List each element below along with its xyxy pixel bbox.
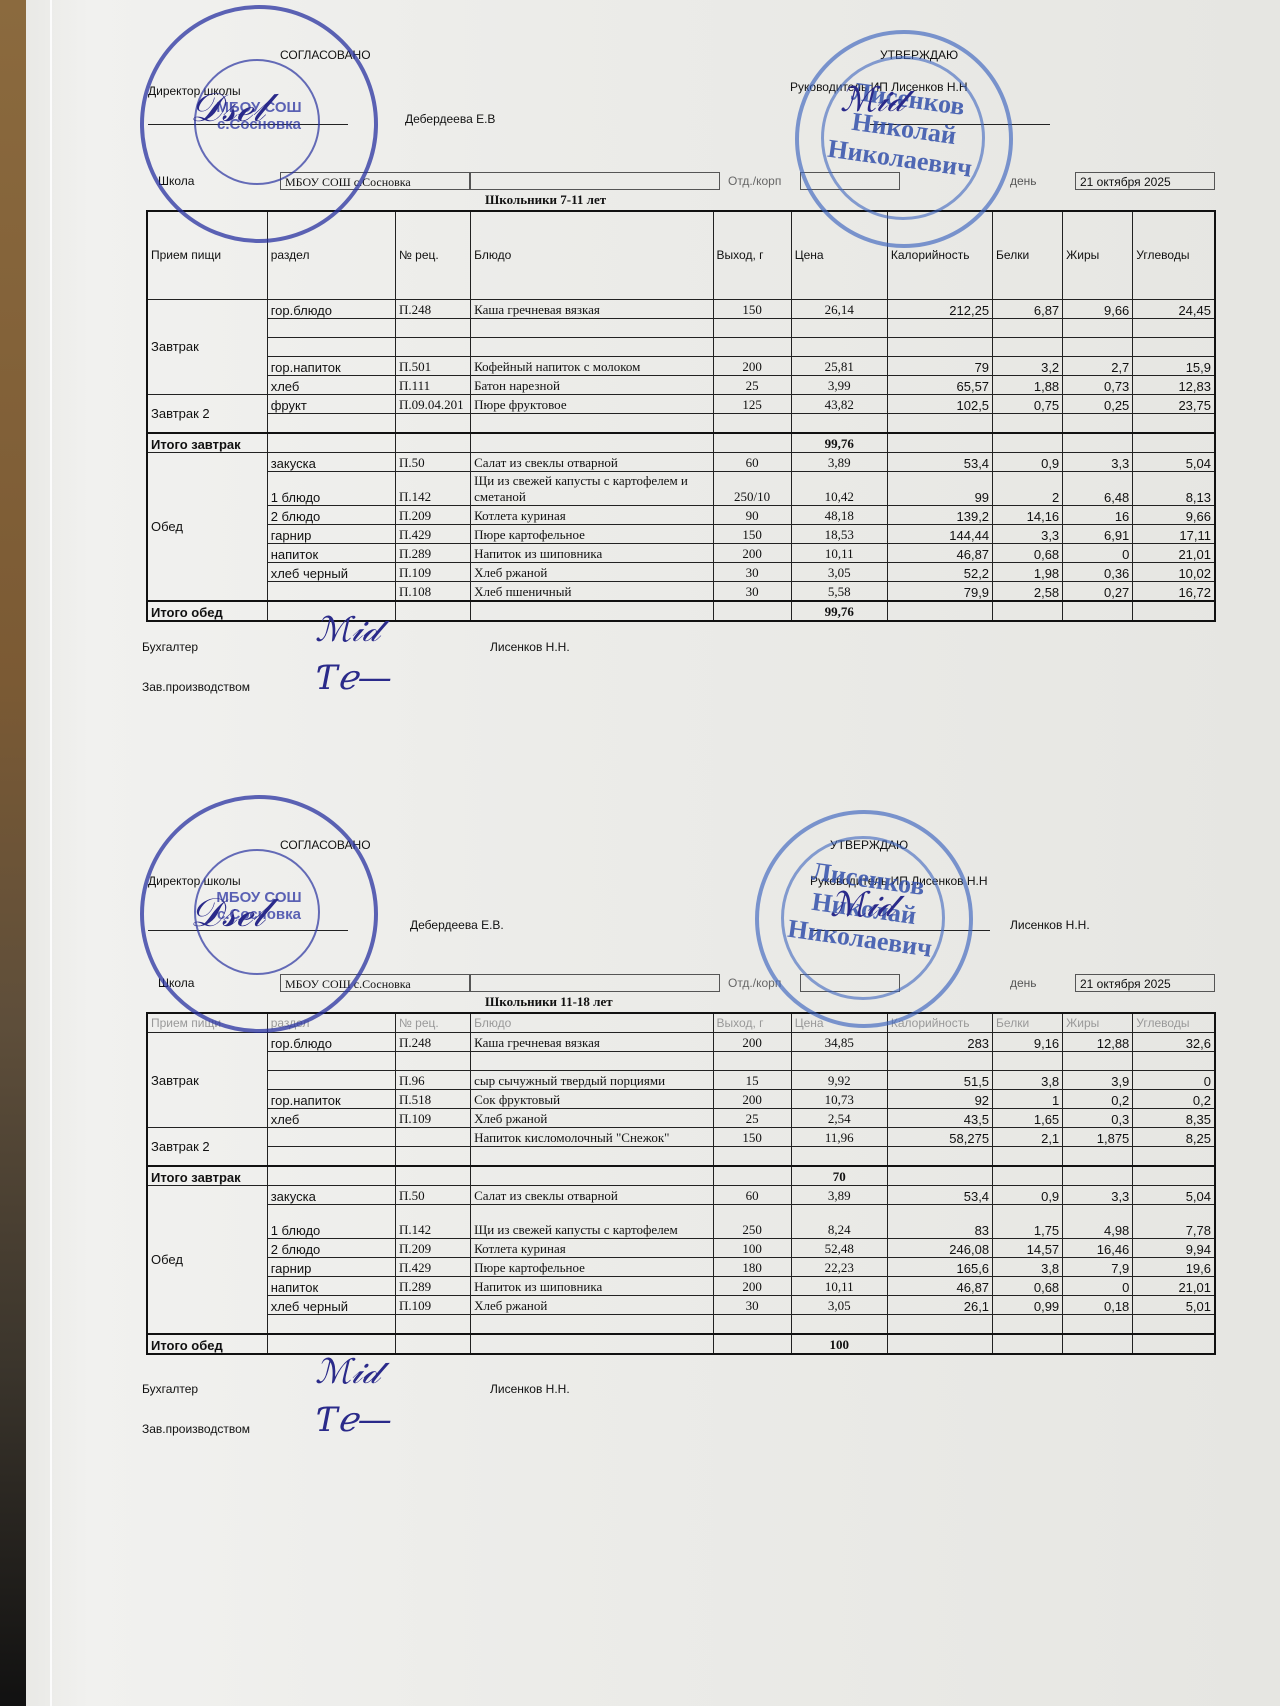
cell: 9,16 xyxy=(993,1033,1063,1052)
cell: Хлеб ржаной xyxy=(471,1296,713,1315)
meal-name: Завтрак xyxy=(147,299,267,394)
cell: хлеб черный xyxy=(267,562,395,581)
cell: 43,82 xyxy=(791,394,887,413)
cell: Салат из свеклы отварной xyxy=(471,1186,713,1205)
cell: 83 xyxy=(887,1205,992,1239)
cell: 12,83 xyxy=(1133,375,1215,394)
cell: 52,48 xyxy=(791,1239,887,1258)
cell: Кофейный напиток с молоком xyxy=(471,356,713,375)
cell xyxy=(887,337,992,356)
total-price: 100 xyxy=(791,1334,887,1354)
cell: 30 xyxy=(713,581,791,601)
cell: П.50 xyxy=(395,1186,470,1205)
school-field[interactable]: МБОУ СОШ с.Сосновка xyxy=(280,974,470,992)
cell: 3,99 xyxy=(791,375,887,394)
cell: 16 xyxy=(1063,505,1133,524)
cell: П.209 xyxy=(395,505,470,524)
approval-right-title: УТВЕРЖДАЮ xyxy=(830,838,908,852)
cell: 150 xyxy=(713,1128,791,1147)
cell: П.09.04.201 xyxy=(395,394,470,413)
total-price: 99,76 xyxy=(791,601,887,621)
cell: П.50 xyxy=(395,452,470,471)
lunch_total-row: Итого обед100 xyxy=(147,1334,1215,1354)
cell: 0,2 xyxy=(1063,1090,1133,1109)
cell xyxy=(267,1052,395,1071)
cell xyxy=(993,337,1063,356)
cell: Щи из свежей капусты с картофелем и смет… xyxy=(471,471,713,505)
cell xyxy=(713,413,791,433)
cell: 100 xyxy=(713,1239,791,1258)
cell xyxy=(267,1071,395,1090)
breakfast-row: П.96сыр сычужный твердый порциями159,925… xyxy=(147,1071,1215,1090)
menu-table: Прием пищираздел№ рец.БлюдоВыход, гЦенаК… xyxy=(146,1012,1216,1355)
cell: 2 блюдо xyxy=(267,1239,395,1258)
cell: 9,92 xyxy=(791,1071,887,1090)
cell: 19,6 xyxy=(1133,1258,1215,1277)
breakfast-row xyxy=(147,1052,1215,1071)
cell: гарнир xyxy=(267,1258,395,1277)
column-header: Цена xyxy=(791,1013,887,1033)
cell: 6,87 xyxy=(993,299,1063,318)
cell xyxy=(471,318,713,337)
cell: П.109 xyxy=(395,1296,470,1315)
cell: гор.блюдо xyxy=(267,1033,395,1052)
cell xyxy=(887,413,992,433)
cell xyxy=(993,1052,1063,1071)
cell: Пюре картофельное xyxy=(471,1258,713,1277)
cell: 250/10 xyxy=(713,471,791,505)
cell: 79,9 xyxy=(887,581,992,601)
cell: 52,2 xyxy=(887,562,992,581)
cell: П.142 xyxy=(395,1205,470,1239)
cell: 0,36 xyxy=(1063,562,1133,581)
cell: 0 xyxy=(1063,1277,1133,1296)
breakfast-row: Завтракгор.блюдоП.248Каша гречневая вязк… xyxy=(147,299,1215,318)
cell xyxy=(887,1315,992,1335)
cell: П.429 xyxy=(395,1258,470,1277)
cell: 10,11 xyxy=(791,1277,887,1296)
cell: 23,75 xyxy=(1133,394,1215,413)
production-signature: Ƭℯ— xyxy=(315,1400,392,1440)
cell: 0 xyxy=(1063,543,1133,562)
cell: 3,3 xyxy=(1063,1186,1133,1205)
cell: П.108 xyxy=(395,581,470,601)
cell: Напиток из шиповника xyxy=(471,543,713,562)
menu-table: Прием пищираздел№ рец.БлюдоВыход, гЦенаК… xyxy=(146,210,1216,622)
school-label: Школа xyxy=(158,174,194,188)
cell xyxy=(1133,413,1215,433)
cell: Пюре картофельное xyxy=(471,524,713,543)
date-field[interactable]: 21 октября 2025 xyxy=(1075,974,1215,992)
cell: 6,48 xyxy=(1063,471,1133,505)
column-header: Прием пищи xyxy=(147,211,267,299)
cell: 8,25 xyxy=(1133,1128,1215,1147)
cell: 3,8 xyxy=(993,1258,1063,1277)
lunch-row: 1 блюдоП.142Щи из свежей капусты с карто… xyxy=(147,1205,1215,1239)
lunch-row: 1 блюдоП.142Щи из свежей капусты с карто… xyxy=(147,471,1215,505)
cell: 1 блюдо xyxy=(267,1205,395,1239)
cell: 8,13 xyxy=(1133,471,1215,505)
cell: 43,5 xyxy=(887,1109,992,1128)
breakfast-row: гор.напитокП.501Кофейный напиток с молок… xyxy=(147,356,1215,375)
lunch-row: гарнирП.429Пюре картофельное15018,53144,… xyxy=(147,524,1215,543)
cell: 3,2 xyxy=(993,356,1063,375)
cell: 0,2 xyxy=(1133,1090,1215,1109)
cell: 1,65 xyxy=(993,1109,1063,1128)
cell xyxy=(395,337,470,356)
total-label: Итого завтрак xyxy=(147,433,267,453)
cell xyxy=(395,1128,470,1147)
cell: 6,91 xyxy=(1063,524,1133,543)
column-header: Блюдо xyxy=(471,1013,713,1033)
cell: 200 xyxy=(713,1277,791,1296)
cell: 0,3 xyxy=(1063,1109,1133,1128)
cell xyxy=(267,1128,395,1147)
cell: 0,68 xyxy=(993,543,1063,562)
cell: 25 xyxy=(713,1109,791,1128)
cell: Напиток из шиповника xyxy=(471,1277,713,1296)
cell: 0 xyxy=(1133,1071,1215,1090)
cell xyxy=(471,1315,713,1335)
school-extra-field[interactable] xyxy=(470,172,720,190)
cell xyxy=(1063,318,1133,337)
cell xyxy=(1063,337,1133,356)
cell xyxy=(1133,318,1215,337)
breakfast_total-row: Итого завтрак70 xyxy=(147,1166,1215,1186)
dept-field[interactable] xyxy=(800,172,900,190)
cell: 150 xyxy=(713,299,791,318)
cell xyxy=(887,318,992,337)
cell: 1 блюдо xyxy=(267,471,395,505)
cell: 200 xyxy=(713,1033,791,1052)
accountant-signature: ℳ𝒾𝒹 xyxy=(315,610,379,650)
dept-label: Отд./корп xyxy=(728,976,781,990)
cell: Котлета куриная xyxy=(471,505,713,524)
cell: 10,02 xyxy=(1133,562,1215,581)
cell: 99 xyxy=(887,471,992,505)
column-header: Жиры xyxy=(1063,1013,1133,1033)
lunch-row xyxy=(147,1315,1215,1335)
head-signature: ℳ𝒾𝒹 xyxy=(830,885,894,925)
cell: 0,73 xyxy=(1063,375,1133,394)
cell: закуска xyxy=(267,1186,395,1205)
head-signature: ℳ𝒾𝒹 xyxy=(840,80,904,120)
breakfast_total-row: Итого завтрак99,76 xyxy=(147,433,1215,453)
cell: Каша гречневая вязкая xyxy=(471,299,713,318)
cell: 10,11 xyxy=(791,543,887,562)
cell: П.289 xyxy=(395,1277,470,1296)
cell: 5,04 xyxy=(1133,1186,1215,1205)
cell: хлеб xyxy=(267,1109,395,1128)
cell: 9,66 xyxy=(1063,299,1133,318)
column-header: Цена xyxy=(791,211,887,299)
lunch-row: ОбедзакускаП.50Салат из свеклы отварной6… xyxy=(147,452,1215,471)
cell: 16,46 xyxy=(1063,1239,1133,1258)
cell: 7,9 xyxy=(1063,1258,1133,1277)
column-header: раздел xyxy=(267,1013,395,1033)
table-title: Школьники 7-11 лет xyxy=(485,192,606,208)
cell xyxy=(1133,1052,1215,1071)
breakfast2-row xyxy=(147,413,1215,433)
breakfast-row: хлебП.109Хлеб ржаной252,5443,51,650,38,3… xyxy=(147,1109,1215,1128)
cell: 0,75 xyxy=(993,394,1063,413)
approval-left-position: Директор школы xyxy=(148,874,241,888)
column-header: № рец. xyxy=(395,211,470,299)
total-label: Итого завтрак xyxy=(147,1166,267,1186)
cell: 3,89 xyxy=(791,452,887,471)
approval-left-name: Дебердеева Е.В. xyxy=(410,918,504,932)
accountant-name: Лисенков Н.Н. xyxy=(490,1382,570,1396)
cell xyxy=(993,1315,1063,1335)
cell: 3,89 xyxy=(791,1186,887,1205)
lunch-row: хлеб черныйП.109Хлеб ржаной303,0552,21,9… xyxy=(147,562,1215,581)
cell: П.109 xyxy=(395,1109,470,1128)
cell xyxy=(267,337,395,356)
cell: 150 xyxy=(713,524,791,543)
cell: Батон нарезной xyxy=(471,375,713,394)
cell: П.142 xyxy=(395,471,470,505)
school-extra-field[interactable] xyxy=(470,974,720,992)
column-header: Калорийность xyxy=(887,1013,992,1033)
approval-left-name: Дебердеева Е.В xyxy=(405,112,495,126)
cell: 11,96 xyxy=(791,1128,887,1147)
cell: 32,6 xyxy=(1133,1033,1215,1052)
cell xyxy=(791,318,887,337)
cell: 2 блюдо xyxy=(267,505,395,524)
cell: 180 xyxy=(713,1258,791,1277)
cell: сыр сычужный твердый порциями xyxy=(471,1071,713,1090)
cell: 2,1 xyxy=(993,1128,1063,1147)
dept-field[interactable] xyxy=(800,974,900,992)
cell xyxy=(791,1315,887,1335)
cell xyxy=(1063,413,1133,433)
cell: 9,94 xyxy=(1133,1239,1215,1258)
director-signature: 𝒟𝓈ℯ𝓁 xyxy=(190,85,266,131)
dept-label: Отд./корп xyxy=(728,174,781,188)
cell: 3,05 xyxy=(791,562,887,581)
approval-right-title: УТВЕРЖДАЮ xyxy=(880,48,958,62)
cell xyxy=(395,1052,470,1071)
cell: хлеб черный xyxy=(267,1296,395,1315)
total-price: 99,76 xyxy=(791,433,887,453)
school-field[interactable]: МБОУ СОШ с.Сосновка xyxy=(280,172,470,190)
cell: 144,44 xyxy=(887,524,992,543)
column-header: раздел xyxy=(267,211,395,299)
cell: 90 xyxy=(713,505,791,524)
cell xyxy=(791,1147,887,1167)
cell: 10,73 xyxy=(791,1090,887,1109)
column-header: Блюдо xyxy=(471,211,713,299)
cell: 5,04 xyxy=(1133,452,1215,471)
lunch-row: 2 блюдоП.209Котлета куриная9048,18139,21… xyxy=(147,505,1215,524)
cell: П.248 xyxy=(395,1033,470,1052)
cell: 26,14 xyxy=(791,299,887,318)
cell: 1 xyxy=(993,1090,1063,1109)
cell: 1,75 xyxy=(993,1205,1063,1239)
cell: 8,24 xyxy=(791,1205,887,1239)
breakfast-row xyxy=(147,337,1215,356)
cell xyxy=(791,413,887,433)
column-header: № рец. xyxy=(395,1013,470,1033)
day-label: день xyxy=(1010,976,1037,990)
cell: 5,58 xyxy=(791,581,887,601)
cell: 165,6 xyxy=(887,1258,992,1277)
cell: Сок фруктовый xyxy=(471,1090,713,1109)
cell: 0,99 xyxy=(993,1296,1063,1315)
cell: 79 xyxy=(887,356,992,375)
cell: 17,11 xyxy=(1133,524,1215,543)
cell: 30 xyxy=(713,562,791,581)
cell: П.96 xyxy=(395,1071,470,1090)
total-label: Итого обед xyxy=(147,601,267,621)
lunch-row: гарнирП.429Пюре картофельное18022,23165,… xyxy=(147,1258,1215,1277)
cell: 2,58 xyxy=(993,581,1063,601)
breakfast-row: Завтракгор.блюдоП.248Каша гречневая вязк… xyxy=(147,1033,1215,1052)
cell: П.209 xyxy=(395,1239,470,1258)
lunch-row: хлеб черныйП.109Хлеб ржаной303,0526,10,9… xyxy=(147,1296,1215,1315)
cell: 34,85 xyxy=(791,1033,887,1052)
column-header: Белки xyxy=(993,211,1063,299)
cell xyxy=(1063,1052,1133,1071)
column-header: Калорийность xyxy=(887,211,992,299)
lunch-row: напитокП.289Напиток из шиповника20010,11… xyxy=(147,1277,1215,1296)
cell: 0,68 xyxy=(993,1277,1063,1296)
cell: 26,1 xyxy=(887,1296,992,1315)
cell: 250 xyxy=(713,1205,791,1239)
cell: 200 xyxy=(713,356,791,375)
column-header: Выход, г xyxy=(713,1013,791,1033)
cell: гор.напиток xyxy=(267,356,395,375)
meal-name: Обед xyxy=(147,452,267,601)
breakfast2-row: Завтрак 2Напиток кисломолочный "Снежок"1… xyxy=(147,1128,1215,1147)
meal-name: Завтрак 2 xyxy=(147,1128,267,1167)
table-header-row: Прием пищираздел№ рец.БлюдоВыход, гЦенаК… xyxy=(147,211,1215,299)
breakfast-row: хлебП.111Батон нарезной253,9965,571,880,… xyxy=(147,375,1215,394)
cell: П.248 xyxy=(395,299,470,318)
cell: 15 xyxy=(713,1071,791,1090)
cell xyxy=(1063,1147,1133,1167)
cell xyxy=(887,1052,992,1071)
breakfast-row xyxy=(147,318,1215,337)
meal-name: Завтрак xyxy=(147,1033,267,1128)
total-label: Итого обед xyxy=(147,1334,267,1354)
accountant-label: Бухгалтер xyxy=(142,1382,198,1396)
cell xyxy=(471,413,713,433)
cell: Хлеб ржаной xyxy=(471,562,713,581)
cell: Щи из свежей капусты с картофелем xyxy=(471,1205,713,1239)
lunch_total-row: Итого обед99,76 xyxy=(147,601,1215,621)
cell: 0,18 xyxy=(1063,1296,1133,1315)
day-label: день xyxy=(1010,174,1037,188)
cell: Салат из свеклы отварной xyxy=(471,452,713,471)
cell: 2,54 xyxy=(791,1109,887,1128)
cell: 25 xyxy=(713,375,791,394)
breakfast2-row xyxy=(147,1147,1215,1167)
cell: 125 xyxy=(713,394,791,413)
cell xyxy=(471,1147,713,1167)
cell xyxy=(267,318,395,337)
cell xyxy=(791,337,887,356)
cell xyxy=(713,337,791,356)
cell: 10,42 xyxy=(791,471,887,505)
breakfast2-row: Завтрак 2фруктП.09.04.201Пюре фруктовое1… xyxy=(147,394,1215,413)
column-header: Белки xyxy=(993,1013,1063,1033)
cell: 0,25 xyxy=(1063,394,1133,413)
cell: П.429 xyxy=(395,524,470,543)
cell: 16,72 xyxy=(1133,581,1215,601)
lunch-row: напитокП.289Напиток из шиповника20010,11… xyxy=(147,543,1215,562)
cell: 1,98 xyxy=(993,562,1063,581)
signature-line-head xyxy=(870,124,1050,125)
cell: 2,7 xyxy=(1063,356,1133,375)
cell: 2 xyxy=(993,471,1063,505)
school-label: Школа xyxy=(158,976,194,990)
cell xyxy=(713,1052,791,1071)
breakfast-row: гор.напитокП.518Сок фруктовый20010,73921… xyxy=(147,1090,1215,1109)
accountant-signature: ℳ𝒾𝒹 xyxy=(315,1352,379,1392)
cell: 3,3 xyxy=(993,524,1063,543)
column-header: Углеводы xyxy=(1133,1013,1215,1033)
cell: 200 xyxy=(713,1090,791,1109)
cell: 46,87 xyxy=(887,543,992,562)
cell: 25,81 xyxy=(791,356,887,375)
cell: 60 xyxy=(713,452,791,471)
cell: 1,875 xyxy=(1063,1128,1133,1147)
cell: 18,53 xyxy=(791,524,887,543)
cell: 92 xyxy=(887,1090,992,1109)
cell xyxy=(713,1147,791,1167)
cell: Каша гречневая вязкая xyxy=(471,1033,713,1052)
production-signature: Ƭℯ— xyxy=(315,658,392,698)
cell: 15,9 xyxy=(1133,356,1215,375)
cell xyxy=(395,318,470,337)
cell xyxy=(1133,1315,1215,1335)
paper-fold xyxy=(50,0,52,1706)
cell: 3,3 xyxy=(1063,452,1133,471)
total-price: 70 xyxy=(791,1166,887,1186)
cell: 0,27 xyxy=(1063,581,1133,601)
cell xyxy=(887,1147,992,1167)
accountant-name: Лисенков Н.Н. xyxy=(490,640,570,654)
cell xyxy=(395,413,470,433)
cell: 65,57 xyxy=(887,375,992,394)
date-field[interactable]: 21 октября 2025 xyxy=(1075,172,1215,190)
cell: 1,88 xyxy=(993,375,1063,394)
cell: 9,66 xyxy=(1133,505,1215,524)
lunch-row: П.108Хлеб пшеничный305,5879,92,580,2716,… xyxy=(147,581,1215,601)
cell xyxy=(395,1315,470,1335)
cell: гарнир xyxy=(267,524,395,543)
cell: гор.блюдо xyxy=(267,299,395,318)
cell: 24,45 xyxy=(1133,299,1215,318)
approval-left-title: СОГЛАСОВАНО xyxy=(280,48,371,62)
cell: гор.напиток xyxy=(267,1090,395,1109)
cell: Напиток кисломолочный "Снежок" xyxy=(471,1128,713,1147)
cell: П.111 xyxy=(395,375,470,394)
approval-left-title: СОГЛАСОВАНО xyxy=(280,838,371,852)
cell xyxy=(471,337,713,356)
cell xyxy=(713,1315,791,1335)
cell xyxy=(1063,1315,1133,1335)
cell: хлеб xyxy=(267,375,395,394)
cell: 200 xyxy=(713,543,791,562)
cell: 21,01 xyxy=(1133,543,1215,562)
cell: 53,4 xyxy=(887,452,992,471)
cell xyxy=(713,318,791,337)
approval-right-name: Лисенков Н.Н. xyxy=(1010,918,1090,932)
cell: 246,08 xyxy=(887,1239,992,1258)
cell: П.289 xyxy=(395,543,470,562)
